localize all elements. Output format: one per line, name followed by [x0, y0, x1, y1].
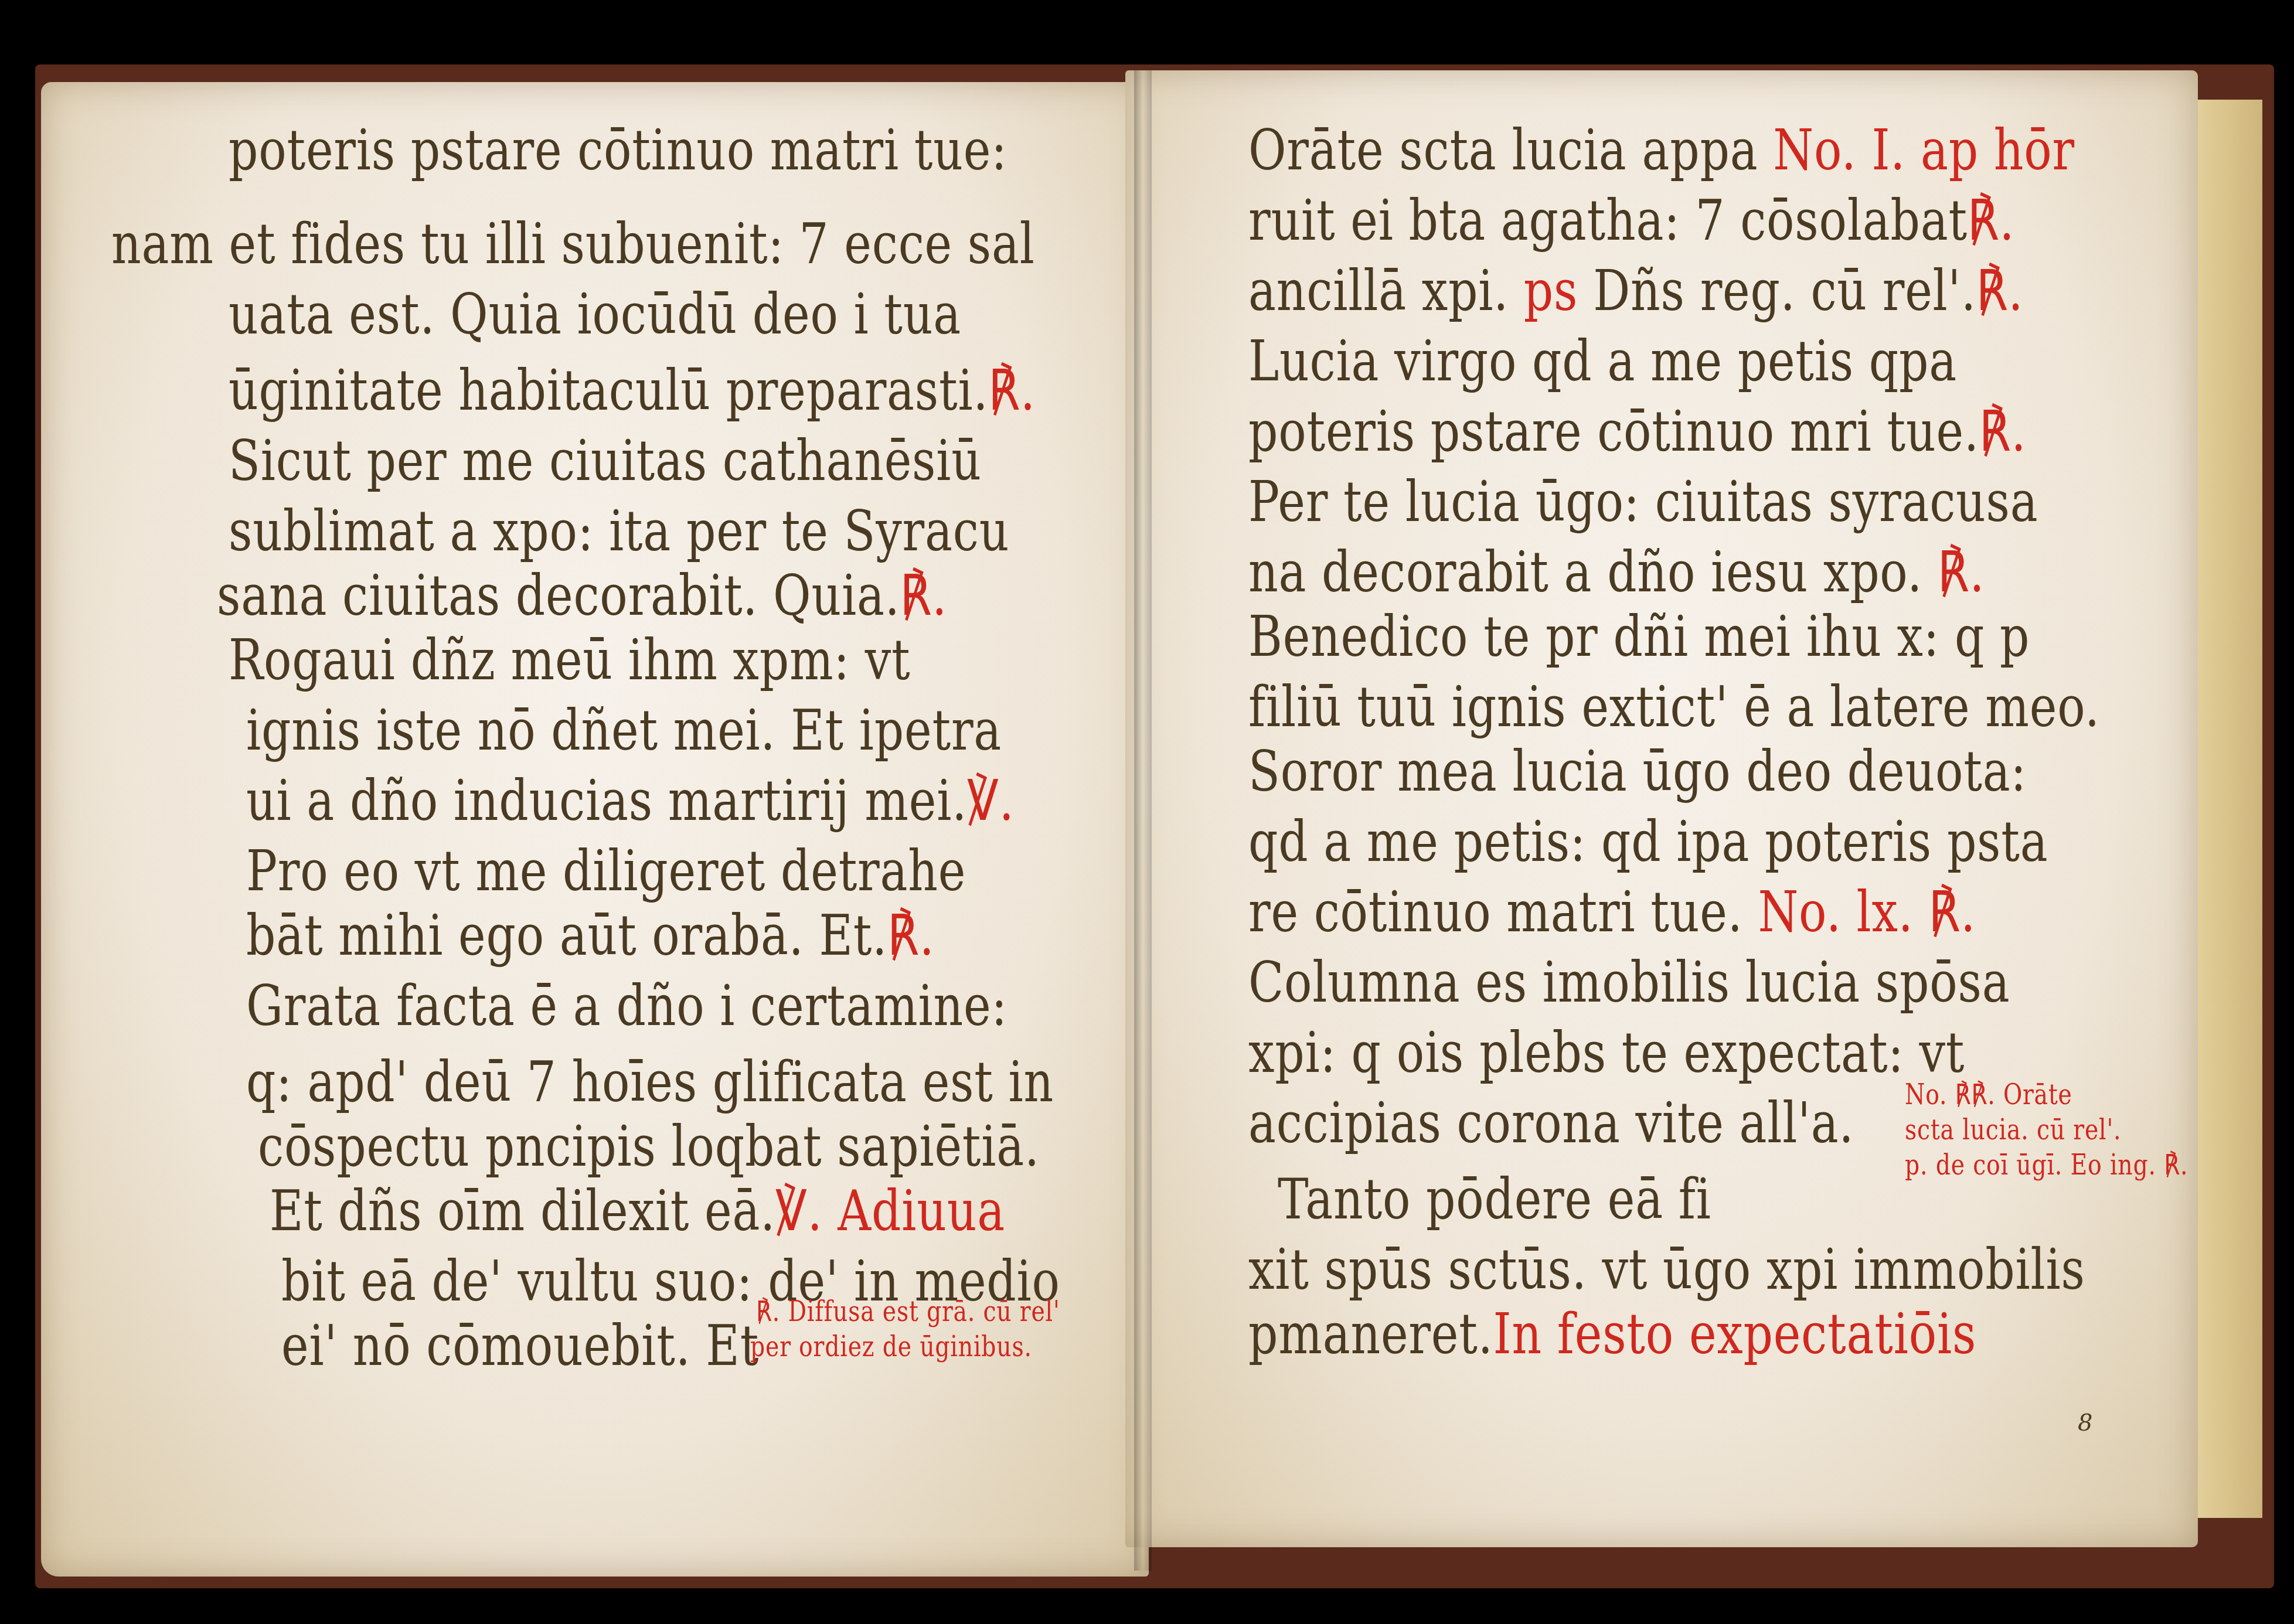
- text-line: Rogaui dñz meū ihm xpm: vt: [229, 627, 910, 693]
- text: sana ciuitas decorabit. Quia.: [217, 563, 900, 628]
- rubric-heading: In festo expectatiōis: [1493, 1301, 1977, 1367]
- rubric-note: per ordiez de ūginibus.: [750, 1330, 1032, 1363]
- rubric-mark: ℟.: [1979, 399, 2027, 464]
- gutter: [1134, 70, 1152, 1571]
- text-line: sana ciuitas decorabit. Quia.℟.: [217, 563, 947, 628]
- text-line: na decorabit a dño iesu xpo. ℟.: [1248, 539, 1985, 605]
- text-line: Tanto pōdere eā fi: [1278, 1166, 1711, 1232]
- text: poteris pstare cōtinuo mri tue.: [1248, 399, 1979, 464]
- text: re cōtinuo matri tue.: [1248, 879, 1743, 945]
- folio-number: 8: [2078, 1409, 2092, 1436]
- rubric-note: p. de coī ūgī. Eo ing. ℟.: [1905, 1149, 2188, 1182]
- text-line: Sicut per me ciuitas cathanēsiū: [229, 428, 982, 493]
- rubric-mark: ℣. Adiuua: [775, 1178, 1005, 1244]
- text-line: bāt mihi ego aūt orabā. Et.℟.: [246, 903, 934, 968]
- text: bāt mihi ego aūt orabā. Et.: [246, 903, 887, 968]
- text-line: ūginitate habitaculū preparasti.℟.: [229, 358, 1036, 423]
- text-line: accipias corona vite all'a.: [1248, 1090, 1854, 1156]
- rubric-mark: ps: [1524, 258, 1578, 324]
- text-line: q: apd' deū 7 hoīes glificata est in: [246, 1049, 1054, 1115]
- text-line: Columna es imobilis lucia spōsa: [1248, 949, 2010, 1015]
- text-line: pmaneret.In festo expectatiōis: [1248, 1301, 1976, 1367]
- text-line: qd a me petis: qd ipa poteris psta: [1248, 809, 2048, 874]
- text: ui a dño inducias martirij mei.: [246, 768, 967, 833]
- text: ūginitate habitaculū preparasti.: [229, 358, 988, 423]
- text-line: Lucia virgo qd a me petis qpa: [1248, 328, 1957, 394]
- text: Et dñs oīm dilexit eā.: [270, 1178, 775, 1244]
- text-line: re cōtinuo matri tue. No. lx. ℟.: [1248, 879, 1976, 945]
- text-line: Benedico te pr dñi mei ihu x: q p: [1248, 604, 2030, 669]
- text-line: poteris pstare cōtinuo matri tue:: [229, 117, 1007, 183]
- rubric-note: ℟. Diffusa est grā. cū rel': [756, 1295, 1060, 1328]
- text-line: xpi: q ois plebs te expectat: vt: [1248, 1020, 1965, 1085]
- text-line: xit spūs sctūs. vt ūgo xpi immobilis: [1248, 1237, 2085, 1302]
- text-line: poteris pstare cōtinuo mri tue.℟.: [1248, 399, 2026, 464]
- text-line: ancillā xpi. ps Dñs reg. cū rel'.℟.: [1248, 258, 2023, 324]
- text-line: filiū tuū ignis extict' ē a latere meo.: [1248, 674, 2100, 740]
- text: ancillā xpi.: [1248, 258, 1509, 324]
- text-line: Per te lucia ūgo: ciuitas syracusa: [1248, 469, 2038, 534]
- text-line: Grata facta ē a dño i certamine:: [246, 973, 1008, 1039]
- text: na decorabit a dño iesu xpo.: [1248, 539, 1922, 605]
- rubric-mark: ℣.: [967, 768, 1015, 833]
- rubric-note: No. ℟℟. Orāte: [1905, 1078, 2072, 1111]
- rubric-note: scta lucia. cū rel'.: [1905, 1114, 2121, 1146]
- rubric-mark: ℟.: [900, 563, 948, 628]
- rubric-mark: ℟.: [1968, 188, 2015, 253]
- rubric-mark: ℟.: [1976, 258, 2024, 324]
- rubric-mark: ℟.: [1938, 539, 1985, 605]
- rubric-mark: No. I. ap hōr: [1773, 117, 2075, 183]
- text: Dñs reg. cū rel'.: [1593, 258, 1976, 324]
- rubric-mark: ℟.: [988, 358, 1036, 423]
- text: Orāte scta lucia appa: [1248, 117, 1758, 183]
- text-line: Et dñs oīm dilexit eā.℣. Adiuua: [270, 1178, 1005, 1244]
- rubric-mark: ℟.: [887, 903, 935, 968]
- text-line: ignis iste nō dñet mei. Et ipetra: [246, 697, 1002, 763]
- text-line: uata est. Quia iocūdū deo i tua: [229, 281, 961, 347]
- text-line: Orāte scta lucia appa No. I. ap hōr: [1248, 117, 2075, 183]
- text-line: sublimat a xpo: ita per te Syracu: [229, 498, 1009, 564]
- text-line: cōspectu pncipis loqbat sapiētiā.: [258, 1114, 1040, 1179]
- rubric-mark: No. lx. ℟.: [1758, 879, 1976, 945]
- text-line: Soror mea lucia ūgo deo deuota:: [1248, 738, 2027, 804]
- text-line: nam et fides tu illi subuenit: 7 ecce sa…: [111, 211, 1035, 277]
- text-line: ui a dño inducias martirij mei.℣.: [246, 768, 1015, 833]
- text-line: ruit ei bta agatha: 7 cōsolabat℟.: [1248, 188, 2014, 253]
- text-line: ei' nō cōmouebit. Et: [281, 1313, 759, 1378]
- text: pmaneret.: [1248, 1301, 1493, 1367]
- text-line: Pro eo vt me diligeret detrahe: [246, 838, 966, 904]
- text: ruit ei bta agatha: 7 cōsolabat: [1248, 188, 1968, 253]
- fore-edge: [2198, 100, 2262, 1518]
